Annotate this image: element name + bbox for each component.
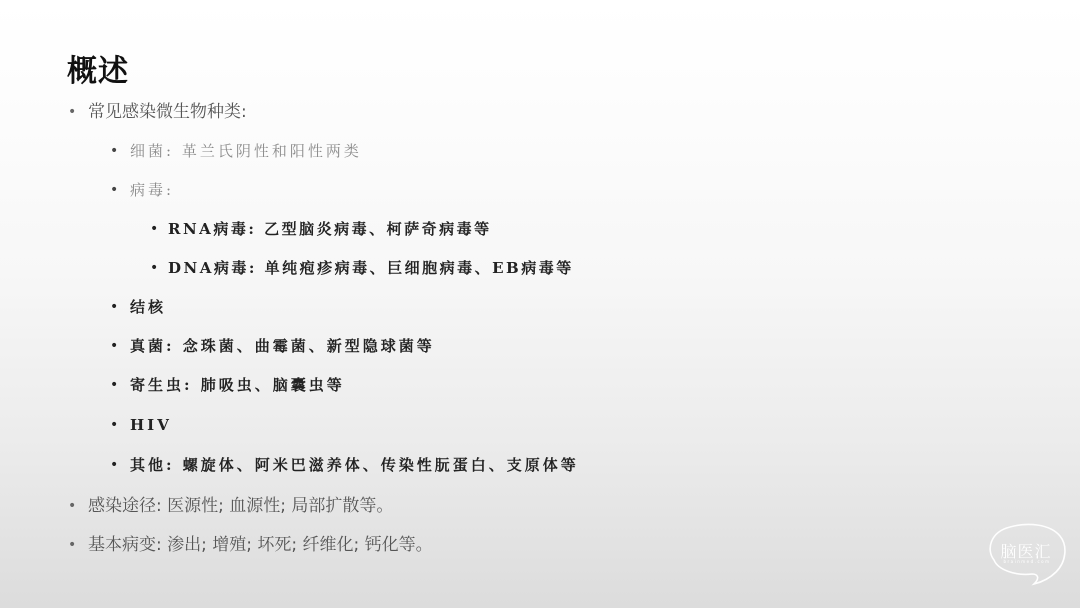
brand-watermark: 脑医汇 brainmed.com bbox=[984, 522, 1068, 588]
bullet-icon: • bbox=[110, 334, 118, 358]
bullet-text: DNA病毒: 单纯疱疹病毒、巨细胞病毒、EB病毒等 bbox=[168, 256, 574, 280]
bullet-text: 寄生虫: 肺吸虫、脑囊虫等 bbox=[130, 373, 345, 397]
bullet-text: 细菌: 革兰氏阴性和阳性两类 bbox=[130, 139, 362, 163]
bullet-text: 感染途径: 医源性; 血源性; 局部扩散等。 bbox=[88, 494, 393, 518]
bullet-icon: • bbox=[150, 217, 158, 241]
bullet-text: 真菌: 念珠菌、曲霉菌、新型隐球菌等 bbox=[130, 334, 435, 358]
slide-title: 概述 bbox=[67, 46, 129, 90]
bullet-text: 结核 bbox=[130, 295, 166, 319]
bullet-text: HIV bbox=[130, 413, 172, 437]
bullet-icon: • bbox=[110, 295, 118, 319]
bullet-text: 常见感染微生物种类: bbox=[88, 100, 247, 124]
bullet-text: 病毒: bbox=[130, 178, 174, 202]
bullet-icon: • bbox=[110, 413, 118, 437]
bullet-text: 其他: 螺旋体、阿米巴滋养体、传染性朊蛋白、支原体等 bbox=[130, 453, 579, 477]
bullet-icon: • bbox=[68, 494, 76, 518]
slide: 概述 • 常见感染微生物种类: • 细菌: 革兰氏阴性和阳性两类 • 病毒: •… bbox=[0, 0, 1080, 608]
bullet-icon: • bbox=[110, 139, 118, 163]
bullet-icon: • bbox=[110, 178, 118, 202]
bullet-icon: • bbox=[110, 453, 118, 477]
bullet-text: 基本病变: 渗出; 增殖; 坏死; 纤维化; 钙化等。 bbox=[88, 533, 433, 557]
bullet-text: RNA病毒: 乙型脑炎病毒、柯萨奇病毒等 bbox=[168, 217, 492, 241]
bullet-icon: • bbox=[68, 100, 76, 124]
bullet-icon: • bbox=[68, 533, 76, 557]
bullet-icon: • bbox=[110, 373, 118, 397]
bullet-icon: • bbox=[150, 256, 158, 280]
watermark-subtext: brainmed.com bbox=[992, 559, 1062, 564]
